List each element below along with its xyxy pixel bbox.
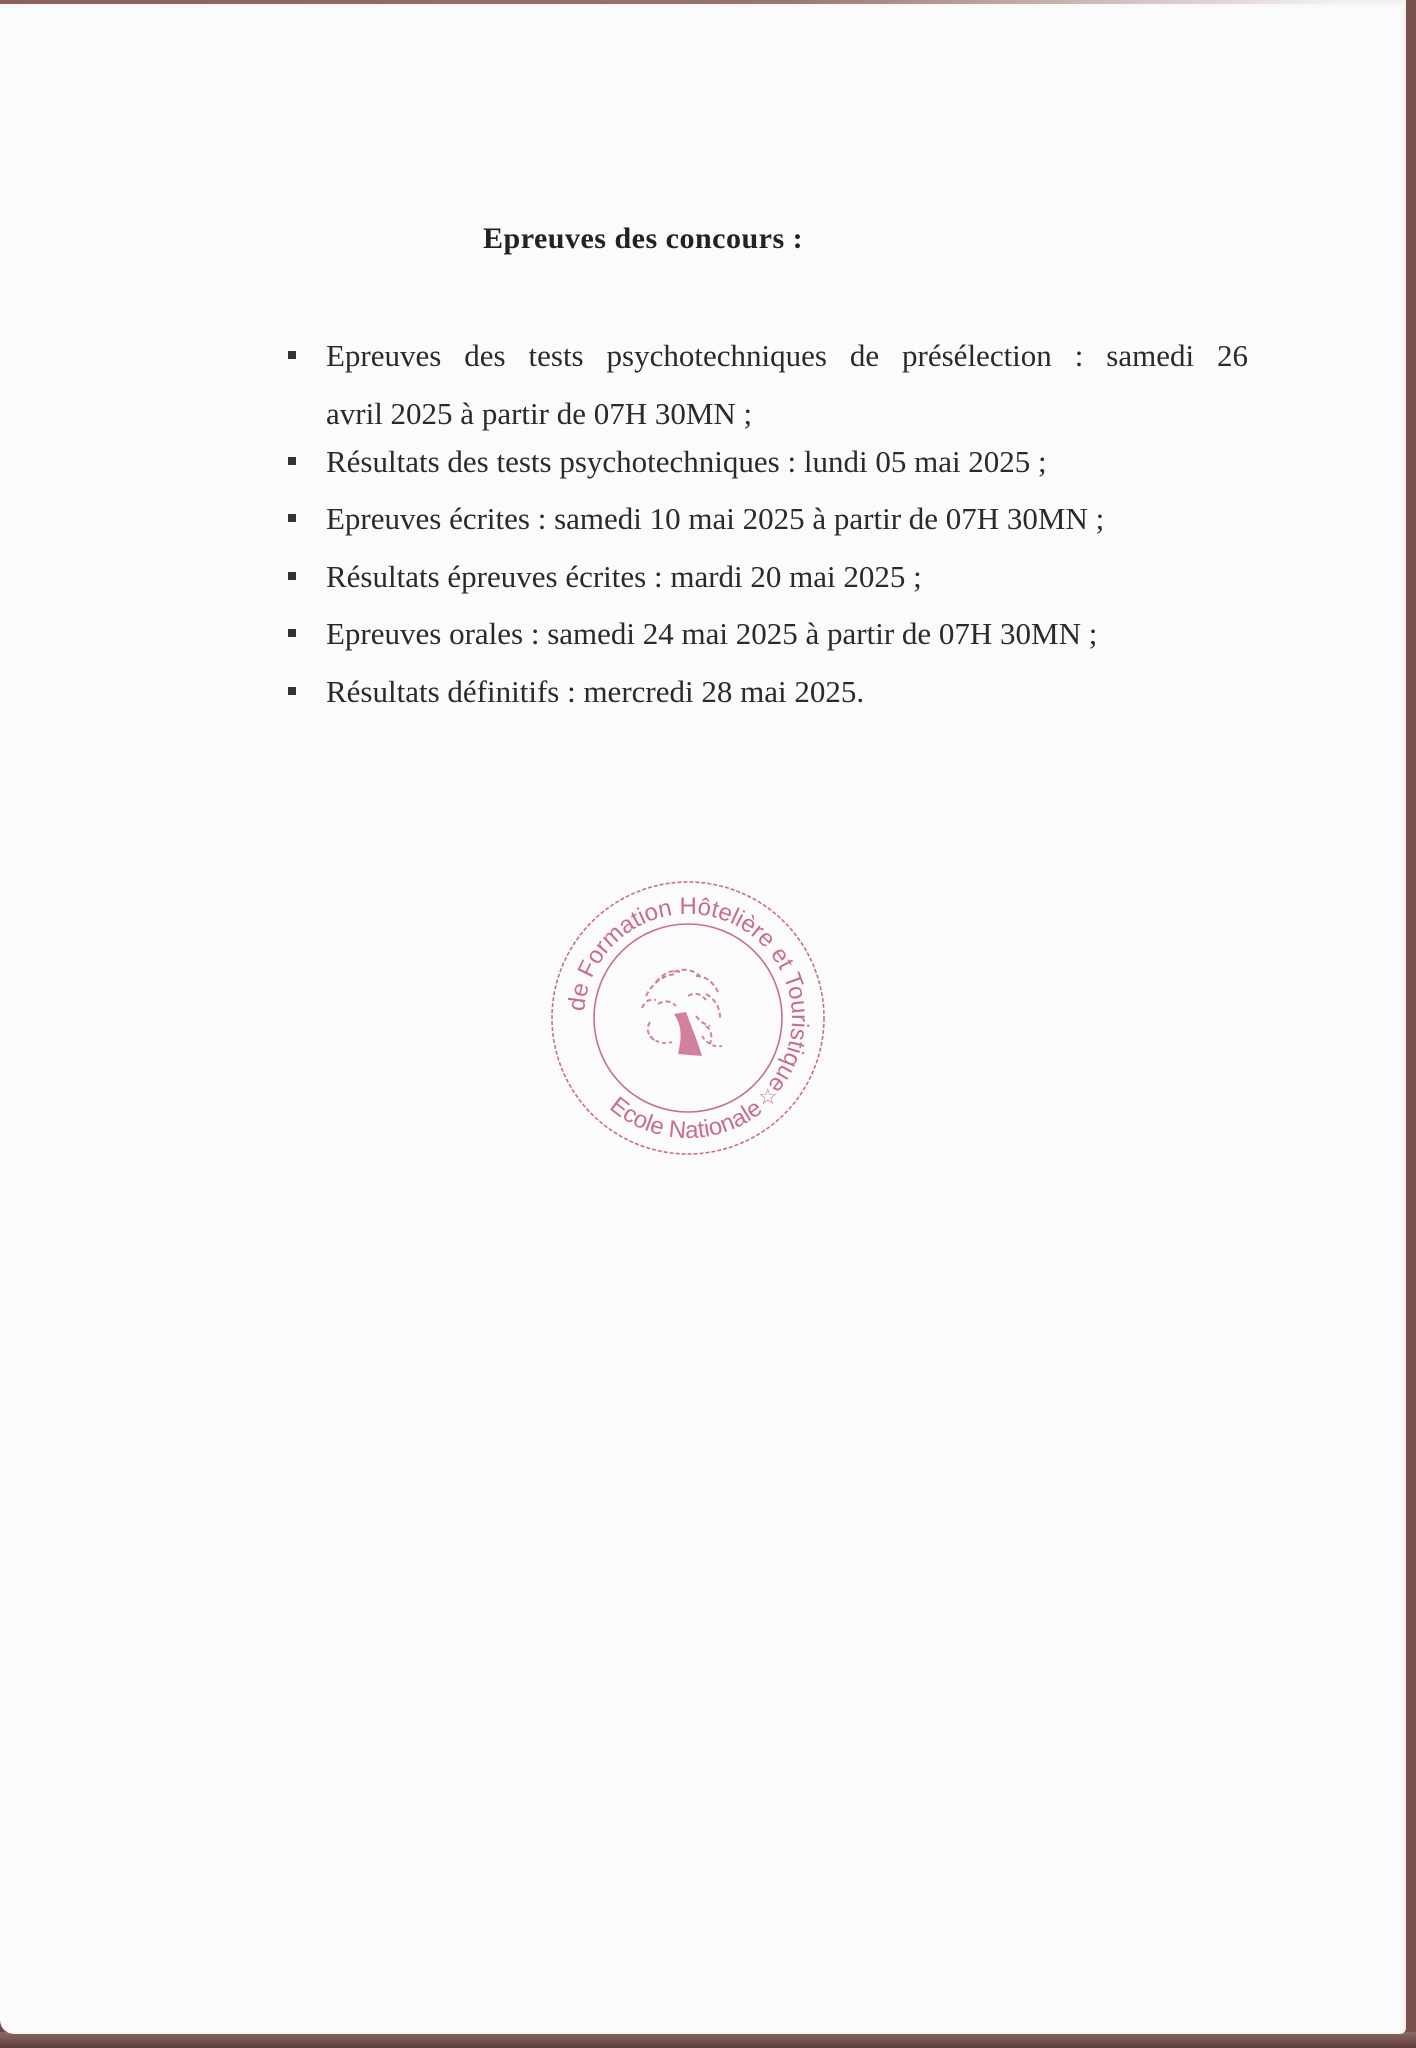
list-item-line: Epreuves des tests psychotechniques de p… <box>326 327 1248 385</box>
list-item-text: Résultats définitifs : mercredi 28 mai 2… <box>326 663 1248 721</box>
official-stamp: de Formation Hôtelière et Touristique Ec… <box>546 876 830 1160</box>
list-item: Résultats épreuves écrites : mardi 20 ma… <box>288 548 1248 606</box>
bullet-icon <box>288 629 296 637</box>
list-item: Résultats des tests psychotechniques : l… <box>288 433 1248 491</box>
list-item-text: Epreuves écrites : samedi 10 mai 2025 à … <box>326 490 1248 548</box>
list-item: Epreuves écrites : samedi 10 mai 2025 à … <box>288 490 1248 548</box>
star-icon: ☆ <box>758 1084 778 1109</box>
stamp-text-bottom: Ecole Nationale <box>605 1092 767 1145</box>
list-item-text: Résultats épreuves écrites : mardi 20 ma… <box>326 548 1248 606</box>
list-item-text: Résultats des tests psychotechniques : l… <box>326 433 1248 491</box>
section-title: Epreuves des concours : <box>483 222 803 256</box>
list-item-text: Epreuves des tests psychotechniques de p… <box>326 327 1248 443</box>
tree-icon <box>642 970 722 1056</box>
page-bottom-edge <box>0 2032 1416 2048</box>
page-right-edge <box>1406 0 1416 2048</box>
bullet-icon <box>288 514 296 522</box>
bullet-icon <box>288 351 296 359</box>
list-item-text: Epreuves orales : samedi 24 mai 2025 à p… <box>326 605 1248 663</box>
list-item: Résultats définitifs : mercredi 28 mai 2… <box>288 663 1248 721</box>
list-item: Epreuves orales : samedi 24 mai 2025 à p… <box>288 605 1248 663</box>
bullet-icon <box>288 572 296 580</box>
list-item: Epreuves des tests psychotechniques de p… <box>288 327 1248 443</box>
bullet-icon <box>288 687 296 695</box>
bullet-icon <box>288 457 296 465</box>
